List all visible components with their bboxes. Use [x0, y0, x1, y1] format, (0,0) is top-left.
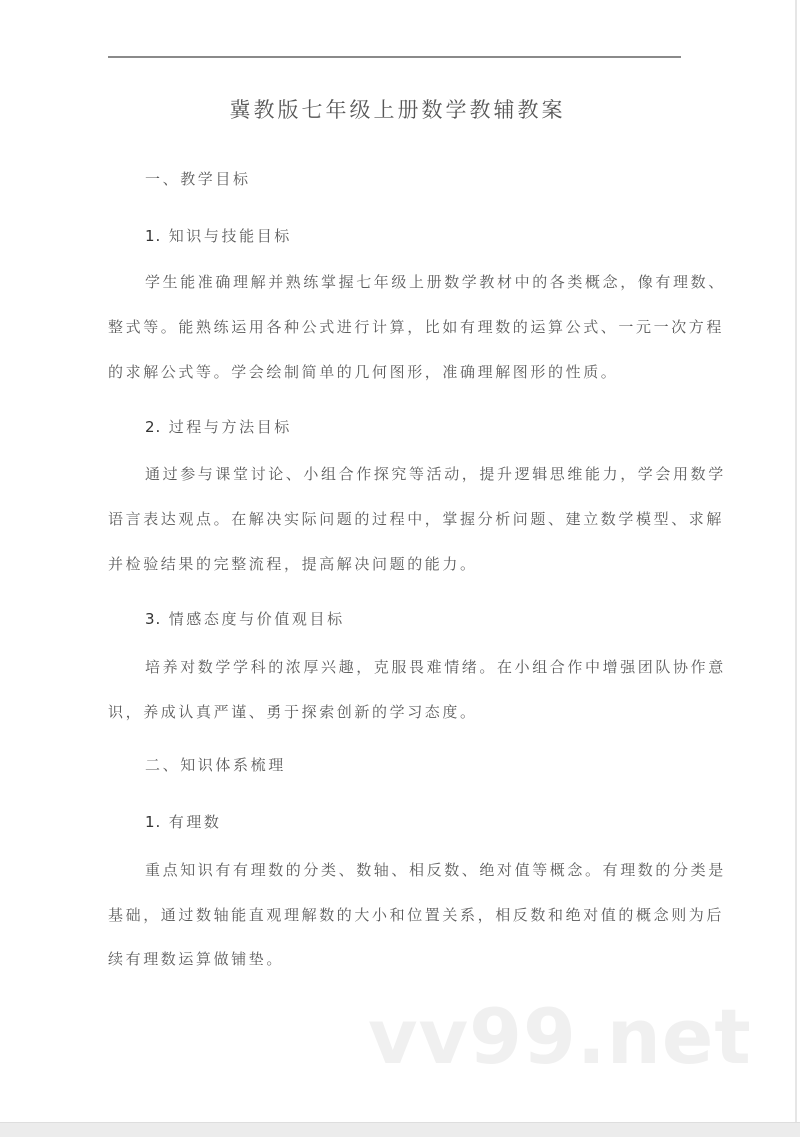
subsection-title: 有理数 [169, 813, 222, 831]
subsection-heading-attitude-values: 3. 情感态度与价值观目标 [145, 608, 345, 629]
paragraph-line: 培养对数学学科的浓厚兴趣，克服畏难情绪。在小组合作中增强团队协作意 [145, 656, 726, 677]
paragraph-line: 识，养成认真严谨、勇于探索创新的学习态度。 [108, 701, 478, 722]
paragraph-line: 学生能准确理解并熟练掌握七年级上册数学教材中的各类概念，像有理数、 [145, 271, 726, 292]
paragraph-line: 通过参与课堂讨论、小组合作探究等活动，提升逻辑思维能力，学会用数学 [145, 463, 726, 484]
subsection-heading-rational-numbers: 1. 有理数 [145, 811, 222, 832]
paragraph-line: 的求解公式等。学会绘制简单的几何图形，准确理解图形的性质。 [108, 361, 618, 382]
paragraph-line: 并检验结果的完整流程，提高解决问题的能力。 [108, 553, 478, 574]
page-bottom-edge [0, 1122, 800, 1137]
subsection-number: 2. [145, 418, 161, 436]
subsection-heading-knowledge-skills: 1. 知识与技能目标 [145, 225, 292, 246]
header-rule [108, 56, 681, 58]
subsection-heading-process-method: 2. 过程与方法目标 [145, 416, 292, 437]
watermark: vv99.net [368, 992, 752, 1081]
paragraph-line: 整式等。能熟练运用各种公式进行计算，比如有理数的运算公式、一元一次方程 [108, 316, 724, 337]
subsection-title: 情感态度与价值观目标 [169, 610, 345, 628]
subsection-title: 过程与方法目标 [169, 418, 292, 436]
subsection-number: 1. [145, 813, 161, 831]
subsection-number: 3. [145, 610, 161, 628]
document-page: 冀教版七年级上册数学教辅教案 一、教学目标 1. 知识与技能目标 学生能准确理解… [0, 0, 797, 1122]
section-heading-teaching-goals: 一、教学目标 [145, 168, 251, 189]
subsection-number: 1. [145, 227, 161, 245]
paragraph-line: 续有理数运算做铺垫。 [108, 948, 284, 969]
paragraph-line: 基础，通过数轴能直观理解数的大小和位置关系，相反数和绝对值的概念则为后 [108, 904, 724, 925]
paragraph-line: 重点知识有有理数的分类、数轴、相反数、绝对值等概念。有理数的分类是 [145, 859, 726, 880]
subsection-title: 知识与技能目标 [169, 227, 292, 245]
section-heading-knowledge-system: 二、知识体系梳理 [145, 754, 286, 775]
document-title: 冀教版七年级上册数学教辅教案 [0, 94, 795, 124]
paragraph-line: 语言表达观点。在解决实际问题的过程中，掌握分析问题、建立数学模型、求解 [108, 508, 724, 529]
